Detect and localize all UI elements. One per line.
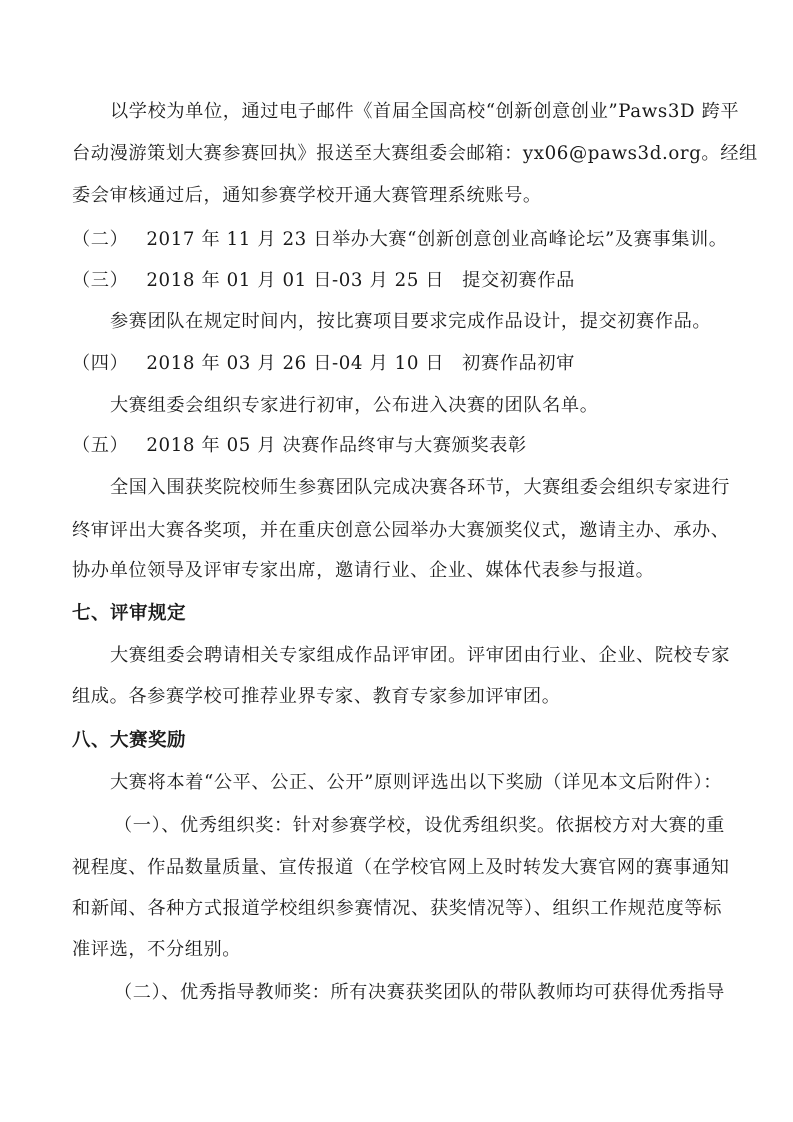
award-line: 准评选，不分组别。 [72,938,241,962]
schedule-item-5: （五）2018 年 05 月 决赛作品终审与大赛颁奖表彰 [72,434,527,458]
schedule-item-2: （二）2017 年 11 月 23 日举办大赛“创新创意创业高峰论坛”及赛事集训… [72,228,728,252]
item-title: 初赛作品初审 [462,353,575,374]
award-line: （二）、优秀指导教师奖：所有决赛获奖团队的带队教师均可获得优秀指导 [114,981,722,1005]
section-heading-8: 八、大赛奖励 [72,729,186,753]
section-heading-7: 七、评审规定 [72,602,186,626]
item-text: 2017 年 11 月 23 日举办大赛“创新创意创业高峰论坛”及赛事集训。 [146,229,727,250]
paragraph-line: 大赛将本着“公平、公正、公开”原则评选出以下奖励（详见本文后附件）： [110,771,722,795]
item-date: 2018 年 01 月 01 日-03 月 25 日 [146,270,444,291]
paragraph-line: 协办单位领导及评审专家出席，邀请行业、企业、媒体代表参与报道。 [72,559,654,583]
item-number: （四） [72,353,128,374]
paragraph-line: 终审评出大赛各奖项，并在重庆创意公园举办大赛颁奖仪式，邀请主办、承办、 [72,519,722,543]
award-line: （一）、优秀组织奖：针对参赛学校，设优秀组织奖。依据校方对大赛的重 [114,814,722,838]
item-number: （三） [72,270,128,291]
item-number: （二） [72,229,128,250]
item-date: 2018 年 05 月 [146,435,276,456]
paragraph-line: 委会审核通过后，通知参赛学校开通大赛管理系统账号。 [72,184,542,208]
paragraph-line: 全国入围获奖院校师生参赛团队完成决赛各环节，大赛组委会组织专家进行 [110,476,722,500]
schedule-item-3: （三）2018 年 01 月 01 日-03 月 25 日提交初赛作品 [72,269,575,293]
item-title: 提交初赛作品 [462,270,575,291]
paragraph-line: 以学校为单位，通过电子邮件《首届全国高校“创新创意创业”Paws3D 跨平 [110,100,722,124]
paragraph-line: 组成。各参赛学校可推荐业界专家、教育专家参加评审团。 [72,685,560,709]
item-date: 2018 年 03 月 26 日-04 月 10 日 [146,353,444,374]
item-title: 决赛作品终审与大赛颁奖表彰 [283,435,527,456]
paragraph-line: 大赛组委会聘请相关专家组成作品评审团。评审团由行业、企业、院校专家 [110,644,722,668]
award-line: 视程度、作品数量质量、宣传报道（在学校官网上及时转发大赛官网的赛事通知 [72,856,722,880]
schedule-item-4: （四）2018 年 03 月 26 日-04 月 10 日初赛作品初审 [72,352,575,376]
item-number: （五） [72,435,128,456]
paragraph-line: 大赛组委会组织专家进行初审，公布进入决赛的团队名单。 [110,394,598,418]
paragraph-line: 参赛团队在规定时间内，按比赛项目要求完成作品设计，提交初赛作品。 [110,310,711,334]
award-line: 和新闻、各种方式报道学校组织参赛情况、获奖情况等）、组织工作规范度等标 [72,897,722,921]
paragraph-line: 台动漫游策划大赛参赛回执》报送至大赛组委会邮箱：yx06@paws3d.org。… [72,142,722,166]
